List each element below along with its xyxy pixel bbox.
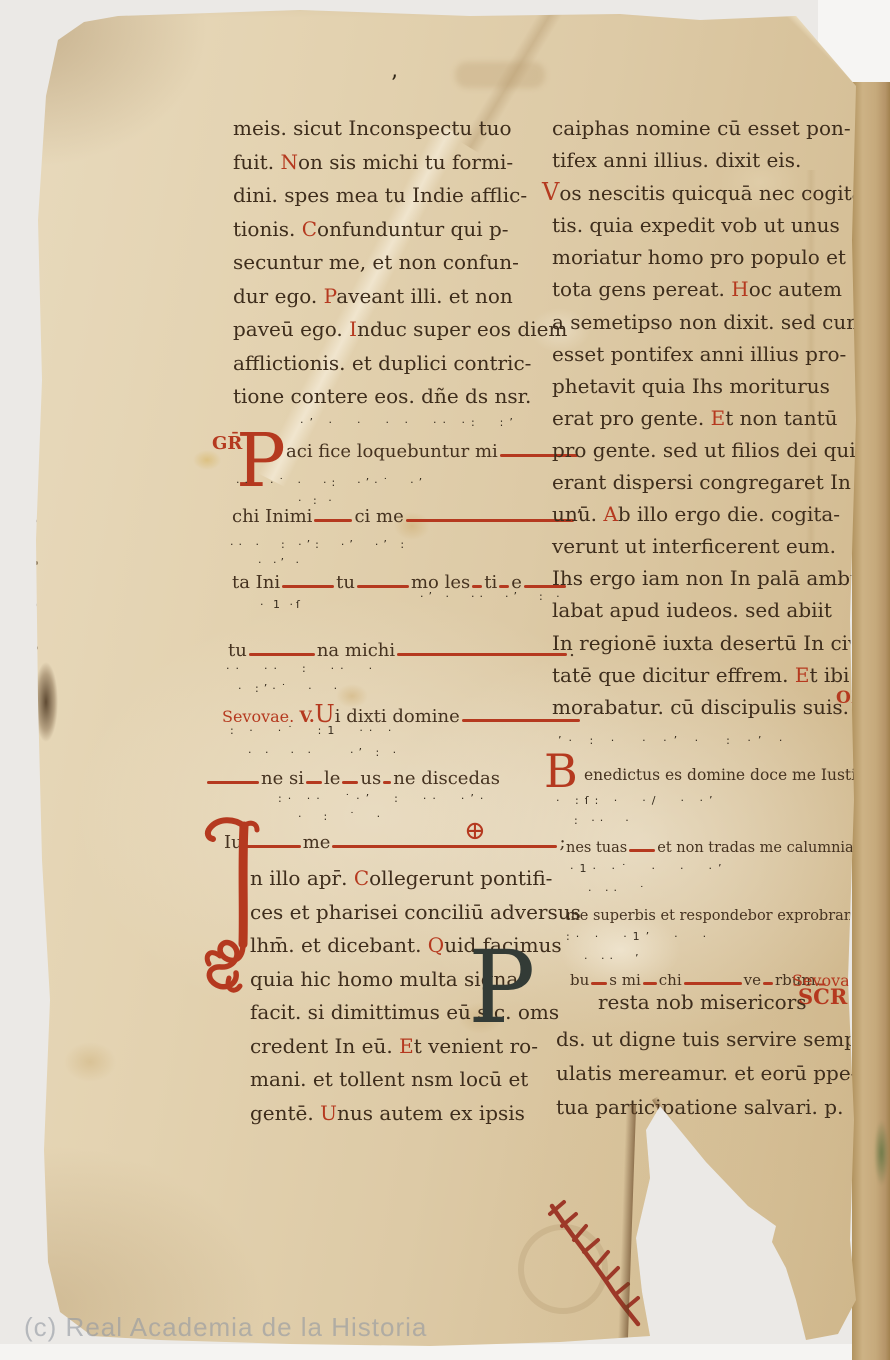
offertory-initial-B: B <box>544 748 578 794</box>
collect-lines: ds. ut digne tuis servire semper ulatis … <box>556 1022 878 1124</box>
red-initial: N <box>280 150 298 174</box>
red-extender-line <box>282 585 334 588</box>
right-column-paragraph-1: caiphas nomine cū esset pon- tifex anni … <box>552 112 890 723</box>
text-line: caiphas nomine cū esset pon- <box>552 112 890 144</box>
collect-line-1: resta nob misericors <box>598 990 807 1014</box>
text-line: phetavit quia Ihs moriturus <box>552 370 890 402</box>
red-initial-V: V <box>542 178 559 206</box>
neume-row: · ·· ʼ <box>584 952 643 965</box>
neume-row: ·· ·˙ · ·: ·ʼ·˙ ·ʼ <box>236 476 427 489</box>
left-edge-stain <box>34 662 58 742</box>
next-folio-illumination-peek <box>874 1120 889 1186</box>
red-initial: U <box>320 1101 337 1125</box>
text-line: tionis. Confunduntur qui p- <box>233 213 567 247</box>
text-line: dur ego. Paveant illi. et non <box>233 280 567 314</box>
text-line: ulatis mereamur. et eorū ppe- <box>556 1056 878 1090</box>
neume-row: · ·ʼ · <box>258 556 303 569</box>
red-extender-line <box>249 653 315 656</box>
red-extender-line <box>357 585 409 588</box>
text-line: a semetipso non dixit. sed cum <box>552 306 890 338</box>
text-line: dini. spes mea tu Indie afflic- <box>233 179 567 213</box>
text-line: erant dispersi congregaret In <box>552 466 890 498</box>
text-line: mani. et tollent nsm locū et <box>250 1063 581 1097</box>
text-line: tota gens pereat. Hoc autem <box>552 273 890 305</box>
red-initial: H <box>731 277 748 301</box>
chant-line-gradual-4: tuna michi. <box>228 640 575 661</box>
text-line: tione contere eos. dñe ds nsr. <box>233 380 567 414</box>
chant-line-offertory-1: enedictus es domine doce me Iustificatio <box>584 766 890 784</box>
neume-row: · ·· ˙ <box>588 884 649 897</box>
text-line: In regionē iuxta desertū In civi- <box>552 627 890 659</box>
stray-ink-mark: ʼ <box>390 72 397 97</box>
red-extender-line <box>629 849 655 852</box>
copyright-watermark: (c) Real Academia de la Historia <box>24 1312 427 1343</box>
finis-sign: ⊕ <box>464 816 486 846</box>
neume-row: · · · · ·ʼ : · <box>248 746 401 759</box>
neume-row: ʼ· : · · ·ʼ · : ·ʼ · <box>558 734 789 747</box>
red-extender-line <box>207 781 259 784</box>
left-column-paragraph-1: meis. sicut Inconspectu tuo fuit. Non si… <box>233 112 567 414</box>
neume-row: ·· ·· : ·· · <box>226 662 378 675</box>
text-line: pro gente. sed ut filios dei qui <box>552 434 890 466</box>
red-initial: I <box>349 317 357 341</box>
text-line: verunt ut interficerent eum. <box>552 530 890 562</box>
red-initial: Q <box>428 933 444 957</box>
manuscript-photo: meis. sicut Inconspectu tuo fuit. Non si… <box>0 0 890 1360</box>
neume-row: :· ·· ˙·ʼ : ·· ·ʼ· <box>278 792 489 805</box>
text-line: tatē que dicitur effrem. Et ibi <box>552 659 890 691</box>
photo-background-bottom <box>0 1344 890 1360</box>
chant-line-offertory-3: me superbis et respondebor exprobrantibu… <box>566 908 890 924</box>
chant-line-gradual-7: Iume; <box>224 832 566 853</box>
text-line: meis. sicut Inconspectu tuo <box>233 112 567 146</box>
text-line: paveū ego. Induc super eos diem <box>233 313 567 347</box>
neume-row: :· · ·1ʼ · · <box>566 930 712 943</box>
red-initial: A <box>603 502 617 526</box>
chant-line-offertory-4: bus michiverbum. <box>570 971 820 989</box>
text-line: esset pontifex anni illius pro- <box>552 338 890 370</box>
text-line: n illo apr̄. Collegerunt pontifi- <box>250 862 581 896</box>
neume-row: · 1 ·ſ <box>260 598 303 611</box>
initial-I-flourish <box>198 816 262 1001</box>
red-initial: E <box>399 1034 414 1058</box>
neume-row: · :ſ: · ·/ · ·ʼ <box>556 794 718 807</box>
red-extender-line <box>684 982 742 985</box>
collect-initial-P: P <box>468 938 535 1038</box>
faint-offset-smudge <box>455 62 545 88</box>
neume-row: ·1· ·˙ · · ·ʼ <box>570 862 727 875</box>
text-line: labat apud iudeos. sed abiit <box>552 594 890 626</box>
red-extender-line <box>397 653 567 656</box>
text-line: tua participatione salvari. p. <box>556 1090 878 1124</box>
neume-row: ·ʼ · · · · ·· ·: :ʼ <box>300 416 519 429</box>
pricking-holes <box>33 264 37 268</box>
text-line: tifex anni illius. dixit eis. <box>552 144 890 176</box>
text-line: erat pro gente. Et non tantū <box>552 402 890 434</box>
tear-edge-right <box>652 1096 802 1330</box>
red-extender-line <box>406 519 574 522</box>
text-line: gentē. Unus autem ex ipsis <box>250 1097 581 1131</box>
parchment-leaf: meis. sicut Inconspectu tuo fuit. Non si… <box>0 0 890 1360</box>
text-line: tis. quia expedit vob ut unus <box>552 209 890 241</box>
chant-line-gradual-2: chi Inimici meʼ <box>232 506 581 527</box>
neume-row: : · ·˙ :1 ·· · <box>230 724 397 737</box>
chant-line-offertory-2: nes tuaset non tradas me calumniantibus <box>566 840 890 856</box>
text-line: ds. ut digne tuis servire semper <box>556 1022 878 1056</box>
neume-row: · :ʼ·˙ · · <box>238 682 342 695</box>
text-line: secuntur me, et non confun- <box>233 246 567 280</box>
neume-row: : ·· · <box>574 814 634 827</box>
text-line: fuit. Non sis michi tu formi- <box>233 146 567 180</box>
chant-line-gradual-6: ne sileusne discedas <box>205 768 500 789</box>
text-line: Ihs ergo iam non In palā ambu- <box>552 562 890 594</box>
chant-line-gradual-1: aci fice loquebuntur mi <box>286 441 580 462</box>
text-line: afflictionis. et duplici contric- <box>233 347 567 381</box>
red-extender-line <box>314 519 352 522</box>
neume-row: ·· · : ·ʼ: ·ʼ ·ʼ : <box>230 538 409 551</box>
text-line: moriatur homo pro populo et non <box>552 241 890 273</box>
red-initial: C <box>302 217 317 241</box>
text-line: Vos nescitis quicquā nec cogita- <box>552 176 890 209</box>
neume-row: · : ˙ · <box>298 810 385 823</box>
neume-row: ·ʼ · ·· ·ʼ : · <box>420 590 565 603</box>
red-initial: E <box>795 663 810 687</box>
red-initial: C <box>354 866 369 890</box>
neume-row: · : · <box>298 494 336 507</box>
red-extender-line <box>332 845 557 848</box>
line-text: meis. sicut Inconspectu tuo <box>233 116 512 140</box>
text-line: ces et pharisei conciliū adversus <box>250 896 581 930</box>
red-initial: P <box>324 284 337 308</box>
red-stitch-repair <box>540 1192 652 1332</box>
red-initial: E <box>711 406 726 430</box>
text-line: unū. Ab illo ergo die. cogita- <box>552 498 890 530</box>
